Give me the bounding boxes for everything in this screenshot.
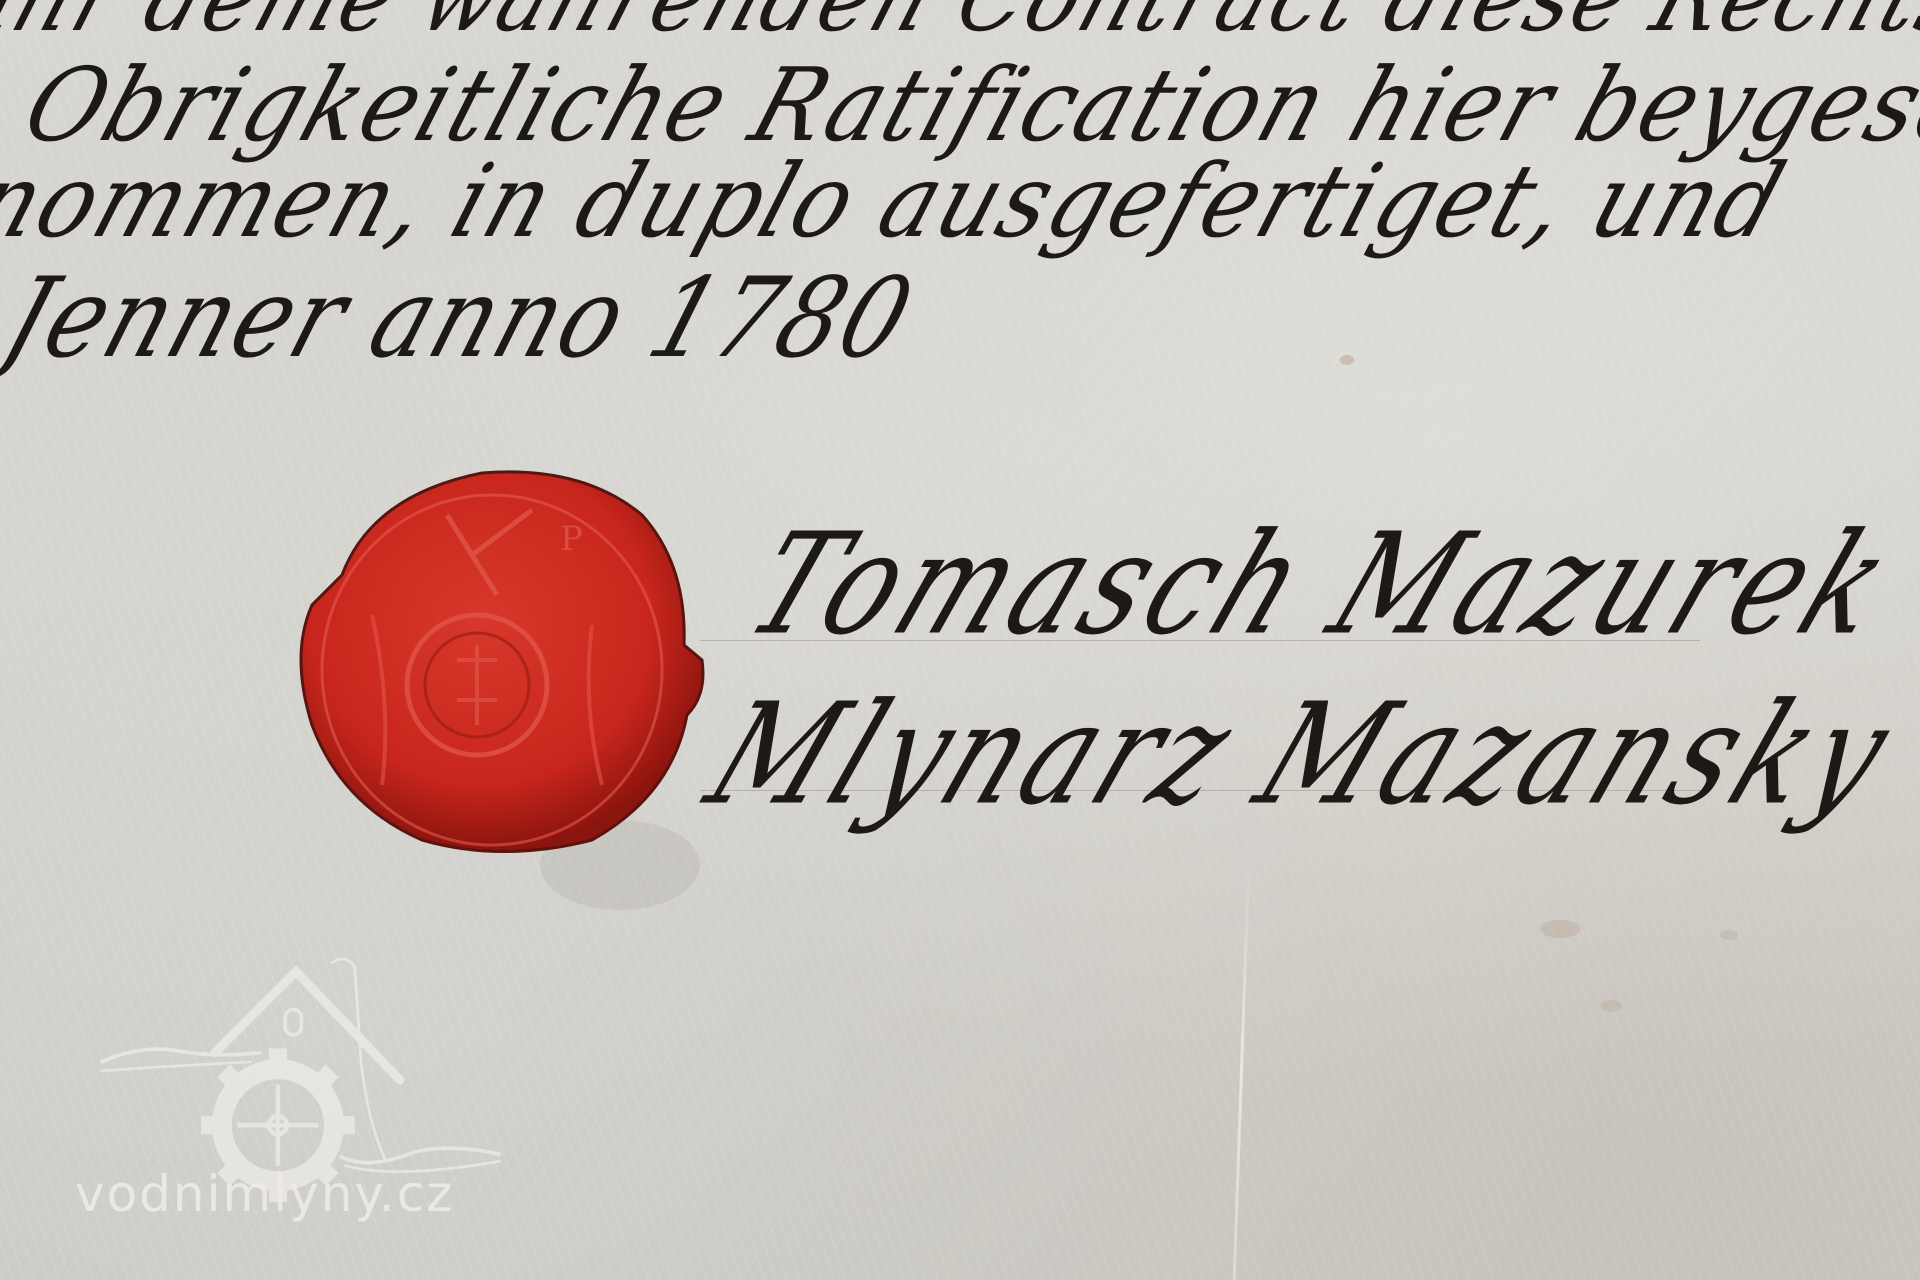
foxing-stain xyxy=(1720,930,1738,940)
foxing-stain xyxy=(1600,1000,1622,1012)
manuscript-line-3: nommen, in duplo ausgefertiget, und xyxy=(0,143,1799,261)
svg-text:P: P xyxy=(560,519,583,559)
watermark-text: vodnimlyny.cz xyxy=(75,1165,454,1223)
foxing-stain xyxy=(1340,355,1354,365)
wax-seal-icon: P xyxy=(282,455,712,865)
signature-1: Tomasch Mazurek xyxy=(727,504,1917,667)
manuscript-line-1: ihr deme währenden Contract diese Rechts… xyxy=(0,0,1920,53)
manuscript-line-4-date: Jenner anno 1780 xyxy=(0,254,929,383)
signature-2: Mlynarz Mazansky xyxy=(687,674,1917,837)
foxing-stain xyxy=(1540,920,1580,938)
